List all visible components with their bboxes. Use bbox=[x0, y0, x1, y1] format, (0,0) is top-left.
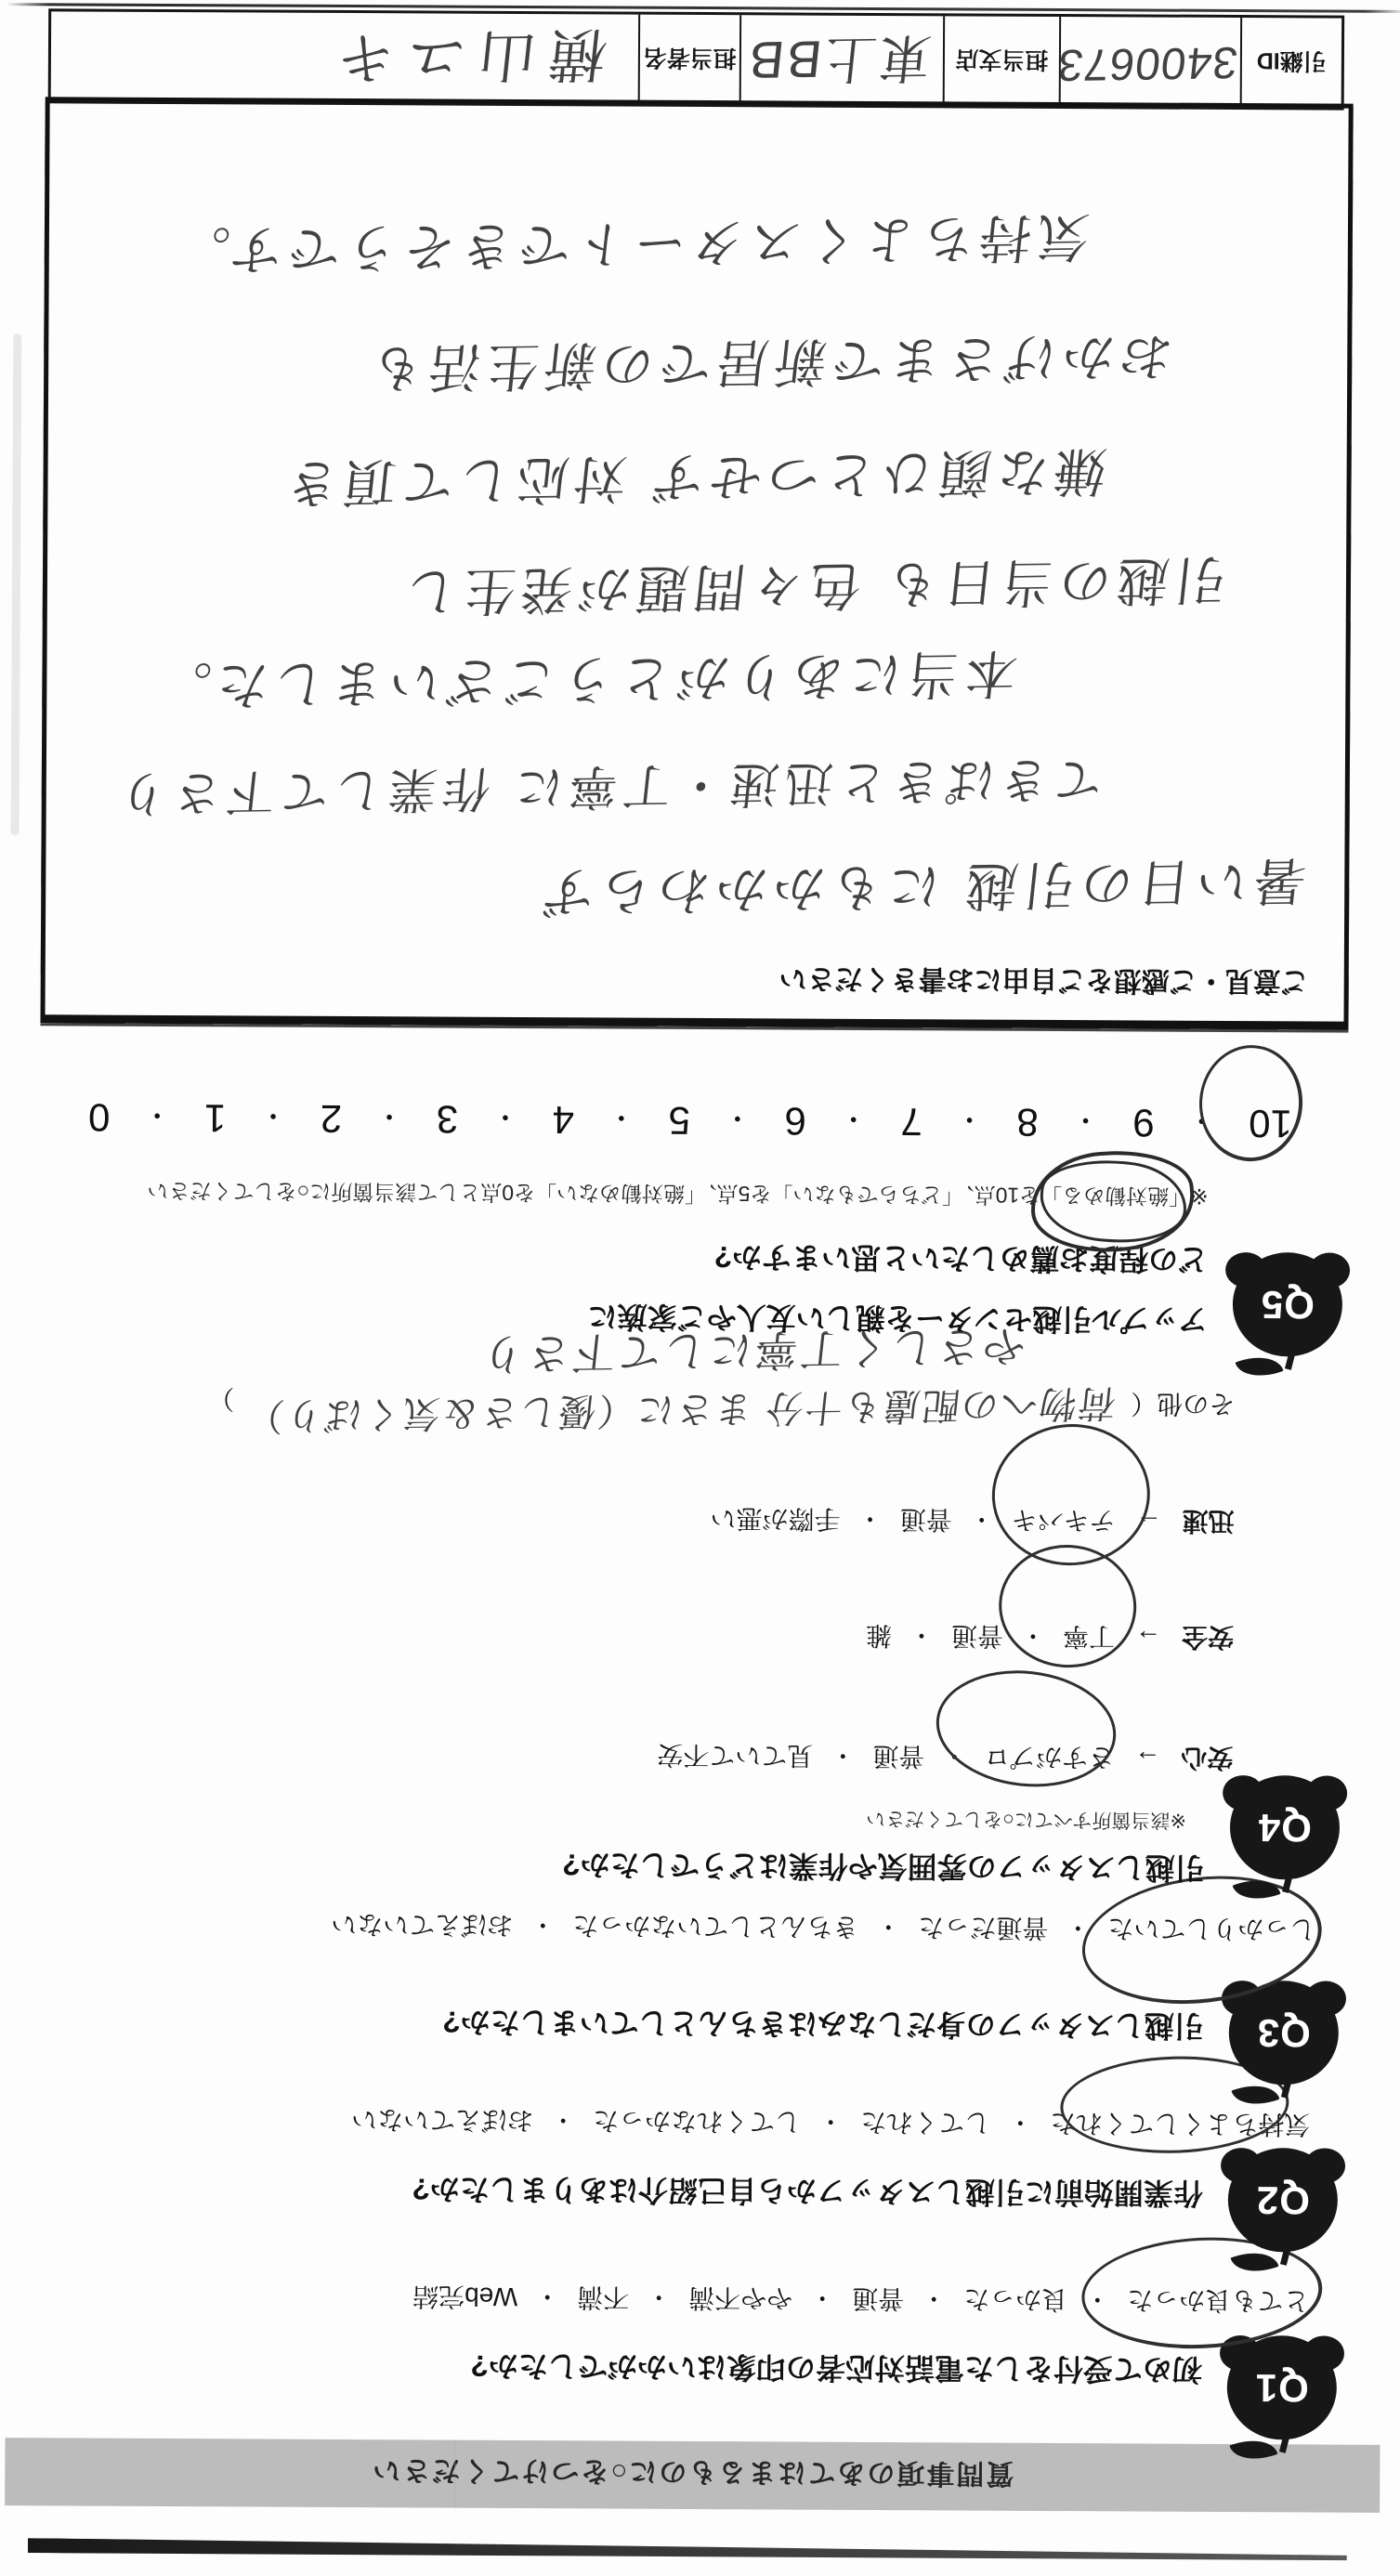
q4-badge-label: Q4 bbox=[1230, 1775, 1341, 1880]
pen-circle-q5-score-10 bbox=[1197, 1042, 1306, 1164]
q1-option: 普通 bbox=[852, 2282, 904, 2319]
scale-value: 3 bbox=[437, 1097, 459, 1142]
q2-option: してくれた bbox=[860, 2105, 990, 2143]
option-separator: ・ bbox=[818, 2106, 843, 2140]
scale-separator: ・ bbox=[955, 1101, 983, 1142]
scale-value: 1 bbox=[204, 1095, 227, 1140]
q4-note: ※該当箇所すべてに○をしてください bbox=[866, 1806, 1186, 1836]
q2-option: してくれなかった bbox=[593, 2103, 801, 2141]
q4-option: 普通 bbox=[900, 1502, 952, 1539]
id-table-cell-handover-id-label: 引継ID bbox=[1239, 18, 1341, 108]
q4-question: 引越しスタッフの雰囲気や作業はどうでしたか? bbox=[562, 1845, 1205, 1891]
comments-box-label: ご意見・ご感想をご自由にお書きください bbox=[779, 961, 1309, 1004]
handwritten-comment-line: おかげさまで新居での新生活も bbox=[361, 322, 1175, 410]
q1-option: Web完結 bbox=[412, 2279, 517, 2317]
q3-option: きちんとしていなかった bbox=[572, 1908, 858, 1947]
q4-row-label: 安心 bbox=[1181, 1741, 1233, 1778]
scale-separator: ・ bbox=[1071, 1102, 1099, 1143]
option-separator: ・ bbox=[876, 1912, 900, 1946]
scale-separator: ・ bbox=[143, 1097, 171, 1138]
q2-option: おぼえていない bbox=[351, 2102, 533, 2140]
q3-badge-label: Q3 bbox=[1229, 1981, 1340, 2086]
handwritten-comment-line: 気持ちよくスタートできそうです。 bbox=[167, 203, 1093, 292]
option-separator: ・ bbox=[551, 2105, 575, 2139]
option-separator: ・ bbox=[530, 1910, 555, 1944]
q2-apple-badge: Q2 bbox=[1228, 2148, 1339, 2253]
handwritten-comment-line: 引越の当日も 色々問題が発生し bbox=[396, 545, 1230, 633]
scale-value: 2 bbox=[321, 1096, 343, 1141]
q4-row-label: 安全 bbox=[1182, 1620, 1234, 1657]
scan-edge-shadow bbox=[28, 2538, 1347, 2566]
q3-option: 普通だった bbox=[918, 1910, 1048, 1948]
scale-value: 9 bbox=[1132, 1100, 1155, 1144]
scale-value: 8 bbox=[1016, 1100, 1039, 1144]
id-table-cell-handover-id-value: 3400673 bbox=[1058, 17, 1239, 107]
q5-question-line1: アップル引越センターを親しい友人やご家族に bbox=[588, 1297, 1208, 1342]
q1-badge-label: Q1 bbox=[1227, 2335, 1338, 2440]
survey-sheet-rotated-180: 質問事項のあてはまるものに○をつけてください Q1 初めて受付をした電話対応者の… bbox=[0, 0, 1400, 2576]
option-separator: ・ bbox=[810, 2282, 834, 2317]
q4-other-handwritten: 荷物への配慮も十分 まさに（優しさ＆気くばり） bbox=[242, 1379, 1118, 1445]
handwritten-comment-line: 本当にありがとうございました。 bbox=[149, 639, 1020, 727]
q4-option: 普通 bbox=[951, 1618, 1003, 1655]
branch-label: 担当支店 bbox=[955, 44, 1048, 78]
staff-name-handwritten: 横山ユキ bbox=[320, 18, 611, 105]
scale-value: 5 bbox=[668, 1098, 690, 1143]
option-separator: ・ bbox=[535, 2282, 559, 2316]
scale-value: 7 bbox=[900, 1099, 922, 1144]
q4-option: 雑 bbox=[866, 1618, 892, 1655]
q4-option: 手際が悪い bbox=[710, 1501, 840, 1539]
q3-option: おぼえていない bbox=[331, 1907, 513, 1945]
option-separator: ・ bbox=[647, 2282, 671, 2316]
instruction-bar-text: 質問事項のあてはまるものに○をつけてください bbox=[371, 2453, 1014, 2498]
id-table: 引継ID 3400673 担当支店 東上BB 担当者名 横山ユキ bbox=[48, 8, 1345, 110]
pen-circle-q4-jinsoku bbox=[988, 1419, 1154, 1571]
scale-value: 4 bbox=[553, 1097, 575, 1142]
q1-option: 良かった bbox=[963, 2282, 1067, 2321]
q4-option: 普通 bbox=[872, 1739, 924, 1776]
q1-option: 不満 bbox=[577, 2280, 629, 2317]
q2-badge-label: Q2 bbox=[1228, 2148, 1339, 2253]
id-table-cell-staff-name-value: 横山ユキ bbox=[51, 11, 638, 103]
handover-id-handwritten: 3400673 bbox=[1054, 37, 1240, 91]
q1-option: やや不満 bbox=[688, 2281, 792, 2319]
option-separator: ・ bbox=[970, 1504, 994, 1538]
q4-row-label: 迅速 bbox=[1183, 1504, 1235, 1541]
handwritten-comment-line: 嫌な顔ひとつせず 対応して頂き bbox=[277, 437, 1110, 524]
scanned-survey-page: 質問事項のあてはまるものに○をつけてください Q1 初めて受付をした電話対応者の… bbox=[0, 0, 1400, 2576]
q4-row-jinsoku: 迅速 → テキパキ・ 普通・ 手際が悪い bbox=[710, 1501, 1234, 1541]
scale-separator: ・ bbox=[491, 1099, 519, 1140]
branch-handwritten: 東上BB bbox=[742, 23, 935, 100]
q4-apple-badge: Q4 bbox=[1230, 1775, 1341, 1880]
arrow-icon: → bbox=[1134, 1744, 1160, 1773]
scale-separator: ・ bbox=[608, 1099, 635, 1140]
id-table-cell-branch-label: 担当支店 bbox=[943, 16, 1059, 106]
q2-question: 作業開始前に引越しスタッフから自己紹介はありましたか? bbox=[412, 2169, 1203, 2216]
option-separator: ・ bbox=[831, 1740, 855, 1774]
scan-streak bbox=[11, 333, 22, 835]
arrow-icon: → bbox=[1135, 1623, 1161, 1653]
scale-separator: ・ bbox=[259, 1098, 287, 1139]
option-separator: ・ bbox=[909, 1620, 934, 1654]
q5-badge-label: Q5 bbox=[1233, 1252, 1343, 1357]
id-table-cell-branch-value: 東上BB bbox=[739, 15, 943, 105]
q4-other-open: その他（ bbox=[1131, 1387, 1235, 1425]
q1-question: 初めて受付をした電話対応者の印象はいかがでしたか? bbox=[470, 2347, 1202, 2393]
scale-value: 6 bbox=[784, 1098, 806, 1143]
q3-question: 引越しスタッフの身だしなみはきちんとしていましたか? bbox=[442, 2003, 1204, 2049]
scale-separator: ・ bbox=[840, 1101, 868, 1142]
q1-apple-badge: Q1 bbox=[1227, 2335, 1338, 2440]
q3-apple-badge: Q3 bbox=[1229, 1981, 1340, 2086]
scale-separator: ・ bbox=[375, 1098, 403, 1139]
id-table-cell-staff-name-label: 担当者名 bbox=[638, 15, 740, 105]
handover-id-label: 引継ID bbox=[1257, 46, 1327, 79]
q5-apple-badge: Q5 bbox=[1233, 1252, 1343, 1357]
scale-value: 0 bbox=[88, 1095, 111, 1140]
staff-name-label: 担当者名 bbox=[643, 43, 736, 77]
handwritten-comment-line: てきぱきと迅速・丁寧に 作業して下さり bbox=[110, 748, 1106, 833]
instruction-bar: 質問事項のあてはまるものに○をつけてください bbox=[5, 2438, 1380, 2513]
comments-box: ご意見・ご感想をご自由にお書きください 暑い日の引越 にもかかわらず てきぱきと… bbox=[40, 97, 1353, 1029]
option-separator: ・ bbox=[1008, 2107, 1032, 2141]
scale-separator: ・ bbox=[724, 1100, 752, 1141]
handwritten-comment-line: 暑い日の引越 にもかかわらず bbox=[532, 846, 1309, 933]
q4-other-close: ） bbox=[208, 1382, 234, 1419]
q4-option: 見ていて不安 bbox=[657, 1738, 813, 1776]
option-separator: ・ bbox=[922, 2283, 946, 2318]
q5-scale: 10・ 9・ 8・ 7・ 6・ 5・ 4・ 3・ 2・ 1・ 0 bbox=[88, 1095, 1292, 1146]
option-separator: ・ bbox=[858, 1503, 883, 1537]
